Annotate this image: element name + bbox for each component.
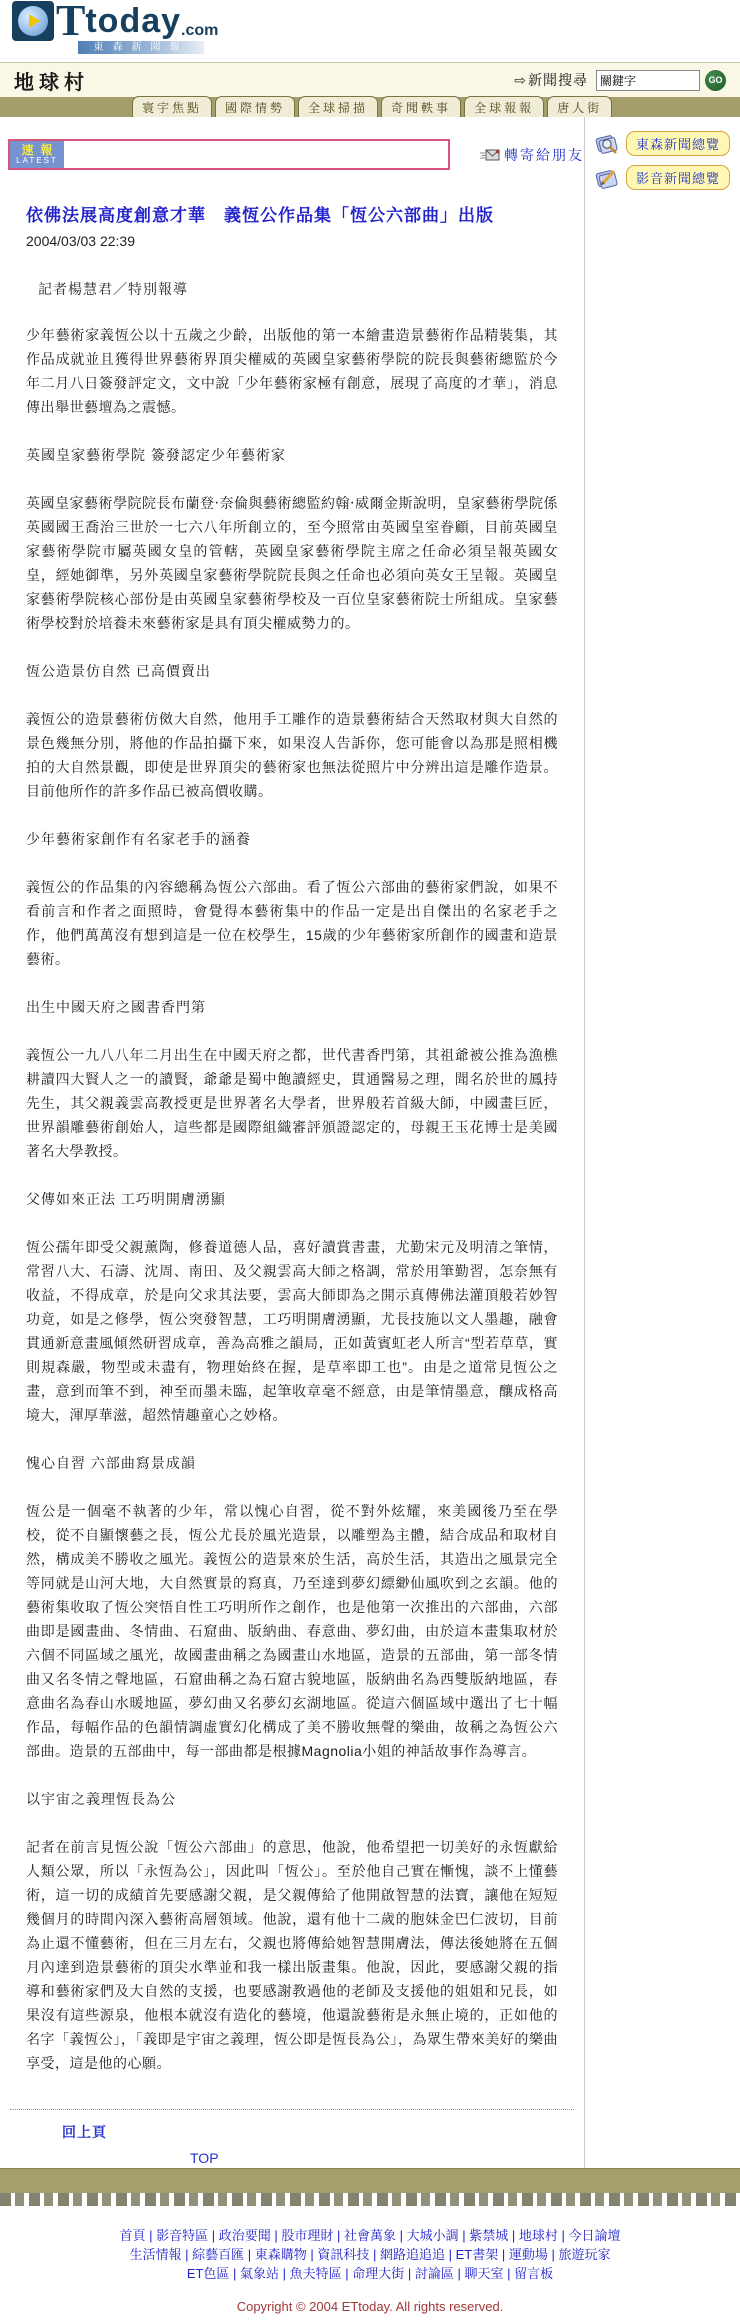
breaking-news-label: 速報 LATEST (10, 141, 64, 168)
section-heading: 以宇宙之義理恆長為公 (26, 1787, 558, 1811)
footer-link[interactable]: 政治要聞 (219, 2228, 271, 2243)
copyright-notice: Copyright © 2004 ETtoday. All rights res… (0, 2299, 740, 2324)
article-paragraph: 少年藝術家義恆公以十五歲之少齡，出版他的第一本繪畫造景藝術作品精裝集，其作品成就… (26, 323, 558, 419)
footer-link[interactable]: 首頁 (119, 2228, 145, 2243)
ettoday-globe-icon (12, 1, 54, 41)
footer-link[interactable]: 留言板 (514, 2266, 553, 2281)
back-link[interactable]: 回上頁 (62, 2122, 107, 2142)
footer-link[interactable]: 命理大街 (352, 2266, 404, 2281)
footer-link[interactable]: 股市理財 (281, 2228, 333, 2243)
footer-separator: | (454, 2266, 465, 2281)
email-icon (480, 149, 500, 161)
footer-link[interactable]: 生活情報 (130, 2247, 182, 2262)
nav-tab[interactable]: 全球報報 (464, 96, 544, 117)
top-link[interactable]: TOP (190, 2150, 219, 2166)
footer-link[interactable]: ET色區 (187, 2266, 230, 2281)
footer-links: 首頁 | 影音特區 | 政治要聞 | 股市理財 | 社會萬象 | 大城小調 | … (0, 2226, 740, 2283)
section-heading: 英國皇家藝術學院 簽發認定少年藝術家 (26, 443, 558, 467)
sidebar-item-news-overview[interactable]: 東森新聞總覽 (595, 131, 740, 156)
footer-separator: | (244, 2247, 255, 2262)
sidebar: 東森新聞總覽 影音新聞總覽 (585, 117, 740, 2168)
section-heading: 愧心自習 六部曲寫景成韻 (26, 1451, 558, 1475)
article-byline: 記者楊慧君／特別報導 (26, 279, 558, 299)
footer-separator: | (459, 2228, 470, 2243)
footer-separator: | (342, 2266, 353, 2281)
footer-link[interactable]: 聊天室 (465, 2266, 504, 2281)
article-title: 依佛法展高度創意才華 義恆公作品集「恆公六部曲」出版 (26, 204, 558, 228)
search-label: 新聞搜尋 (528, 70, 588, 90)
nav-tab[interactable]: 奇聞軼事 (381, 96, 461, 117)
footer-link[interactable]: 資訊科技 (317, 2247, 369, 2262)
footer-link[interactable]: 網路追追追 (380, 2247, 445, 2262)
footer-link[interactable]: 社會萬象 (344, 2228, 396, 2243)
footer-separator: | (369, 2247, 380, 2262)
footer-link[interactable]: 大城小調 (407, 2228, 459, 2243)
footer-separator: | (229, 2266, 240, 2281)
divider (10, 2109, 574, 2110)
section-heading: 少年藝術家創作有名家老手的涵養 (26, 827, 558, 851)
footer-separator: | (146, 2228, 157, 2243)
breaking-news-row: 速報 LATEST 轉寄給朋友 (8, 139, 584, 170)
footer-link[interactable]: 綜藝百匯 (192, 2247, 244, 2262)
breaking-label-en: LATEST (16, 156, 58, 166)
footer-link[interactable]: 旅遊玩家 (558, 2247, 610, 2262)
article-paragraph: 義恆公一九八八年二月出生在中國天府之都，世代書香門第，其祖爺被公推為漁樵耕讀四大… (26, 1043, 558, 1163)
section-heading: 出生中國天府之國書香門第 (26, 995, 558, 1019)
footer-clipped-text-strip (0, 2193, 740, 2206)
video-news-overview-icon (595, 166, 622, 190)
section-bar: 地球村 ⇨ 新聞搜尋 GO (0, 62, 740, 97)
footer-link[interactable]: ET書架 (456, 2247, 499, 2262)
footer-separator: | (404, 2266, 415, 2281)
breaking-news-ticker: 速報 LATEST (8, 139, 450, 170)
article-date: 2004/03/03 22:39 (26, 233, 558, 249)
footer-link[interactable]: 氣象站 (240, 2266, 279, 2281)
logo-text-t: T (56, 1, 85, 41)
site-header: T today .com 東森新聞報 (0, 0, 740, 62)
sidebar-item-label: 影音新聞總覽 (626, 165, 730, 190)
footer-separator: | (208, 2228, 219, 2243)
footer-separator: | (498, 2247, 509, 2262)
footer-bar (0, 2168, 740, 2193)
article-paragraph: 恆公孺年即受父親薰陶，修養道德人品，喜好讀賞書畫，尤勤宋元及明清之筆情，常習八大… (26, 1235, 558, 1427)
search-input[interactable] (596, 70, 700, 91)
sidebar-item-label: 東森新聞總覽 (626, 131, 730, 156)
article-body: 少年藝術家義恆公以十五歲之少齡，出版他的第一本繪畫造景藝術作品精裝集，其作品成就… (26, 323, 558, 2075)
nav-tab[interactable]: 國際情勢 (215, 96, 295, 117)
footer-link[interactable]: 東森購物 (255, 2247, 307, 2262)
footer-link[interactable]: 討論區 (415, 2266, 454, 2281)
article-paragraph: 記者在前言見恆公說「恆公六部曲」的意思，他說，他希望把一切美好的永恆獻給人類公眾… (26, 1835, 558, 2075)
news-overview-icon (595, 132, 622, 156)
footer-separator: | (396, 2228, 407, 2243)
footer-separator: | (182, 2247, 193, 2262)
breaking-label-cn: 速報 (14, 144, 59, 156)
footer-separator: | (558, 2228, 569, 2243)
nav-tab[interactable]: 寰宇焦點 (132, 96, 212, 117)
category-tab-bar: 寰宇焦點國際情勢全球掃描奇聞軼事全球報報唐人街 (0, 97, 740, 117)
footer-separator: | (333, 2228, 344, 2243)
footer-link[interactable]: 運動場 (509, 2247, 548, 2262)
section-heading: 父傳如來正法 工巧明開膚湧顯 (26, 1187, 558, 1211)
footer-separator: | (271, 2228, 282, 2243)
forward-to-friend-link[interactable]: 轉寄給朋友 (480, 145, 584, 165)
content-area: 速報 LATEST 轉寄給朋友 依佛法展高度創意才華 義恆公作品集「恆公六部曲」… (0, 117, 740, 2168)
footer-separator: | (504, 2266, 515, 2281)
ettoday-logo[interactable]: T today .com 東森新聞報 (12, 1, 218, 61)
article: 依佛法展高度創意才華 義恆公作品集「恆公六部曲」出版 2004/03/03 22… (0, 204, 584, 2075)
article-paragraph: 恆公是一個毫不執著的少年，常以愧心自習，從不對外炫耀，來美國後乃至在學校，從不自… (26, 1499, 558, 1763)
footer-separator: | (279, 2266, 290, 2281)
section-heading: 恆公造景仿自然 已高價賣出 (26, 659, 558, 683)
main-column: 速報 LATEST 轉寄給朋友 依佛法展高度創意才華 義恆公作品集「恆公六部曲」… (0, 117, 585, 2168)
forward-link-label: 轉寄給朋友 (504, 145, 584, 165)
footer-link[interactable]: 地球村 (519, 2228, 558, 2243)
nav-tab[interactable]: 全球掃描 (298, 96, 378, 117)
footer-link[interactable]: 影音特區 (156, 2228, 208, 2243)
page-title: 地球村 (14, 66, 89, 95)
footer-separator: | (508, 2228, 519, 2243)
footer-link[interactable]: 紫禁城 (469, 2228, 508, 2243)
article-paragraph: 義恆公的造景藝術仿傚大自然，他用手工雕作的造景藝術結合天然取材與大自然的景色幾無… (26, 707, 558, 803)
sidebar-item-video-overview[interactable]: 影音新聞總覽 (595, 165, 740, 190)
footer-separator: | (307, 2247, 318, 2262)
arrow-right-icon: ⇨ (514, 72, 526, 89)
nav-tab[interactable]: 唐人街 (547, 96, 612, 117)
footer-link[interactable]: 魚夫特區 (290, 2266, 342, 2281)
footer-link[interactable]: 今日論壇 (568, 2228, 620, 2243)
logo-subtitle: 東森新聞報 (78, 41, 204, 54)
news-search: ⇨ 新聞搜尋 GO (514, 70, 726, 91)
article-paragraph: 義恆公的作品集的內容總稱為恆公六部曲。看了恆公六部曲的藝術家們說，如果不看前言和… (26, 875, 558, 971)
footer-separator: | (445, 2247, 456, 2262)
article-paragraph: 英國皇家藝術學院院長布蘭登‧奈倫與藝術總監約翰‧威爾金斯說明，皇家藝術學院係英國… (26, 491, 558, 635)
search-go-button[interactable]: GO (705, 70, 726, 91)
footer-separator: | (548, 2247, 559, 2262)
logo-text-today: today (85, 1, 181, 41)
